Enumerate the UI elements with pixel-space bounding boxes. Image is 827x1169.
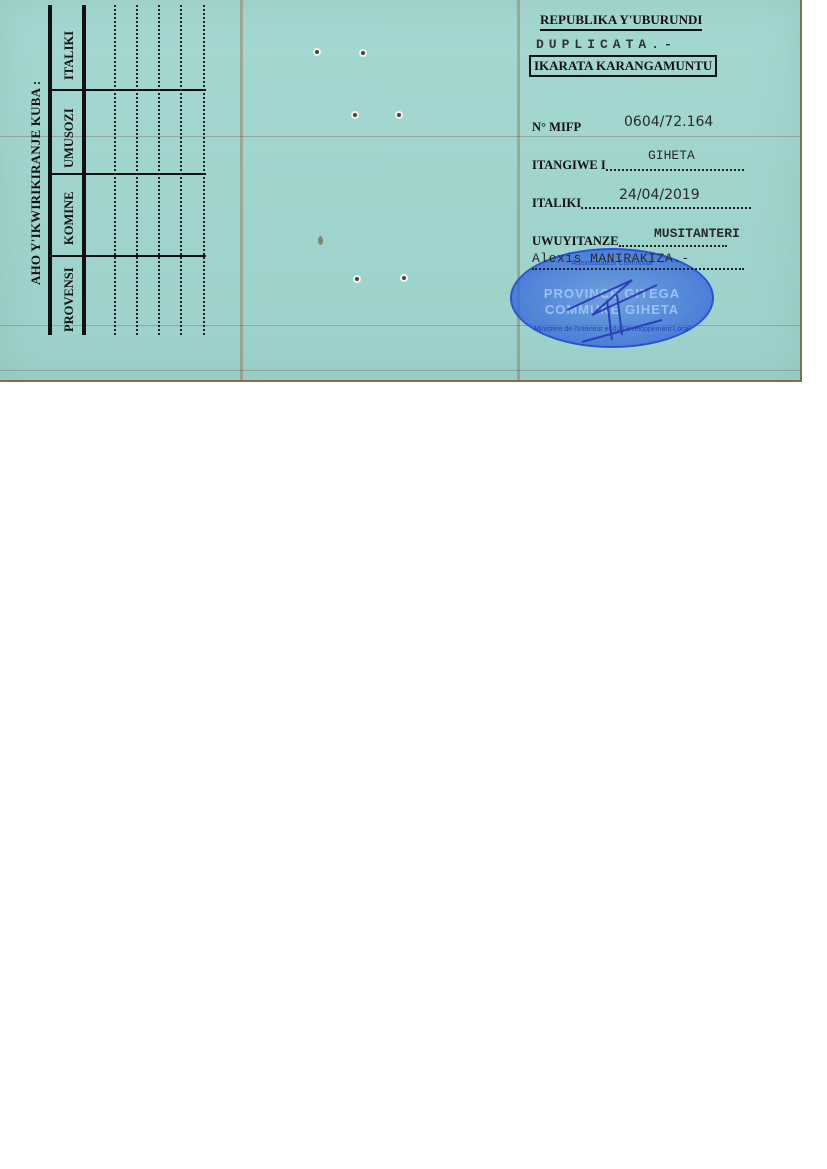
mifp-label: N° MIFP [532, 120, 581, 135]
blank-panel [245, 0, 520, 380]
identity-panel: REPUBLIKA Y'UBURUNDI DUPLICATA.- IKARATA… [522, 0, 800, 380]
column-provensi: PROVENSI [62, 267, 77, 332]
fold-line [240, 0, 243, 380]
issued-at-row: ITANGIWE I [532, 158, 744, 173]
registration-panel: AHO Y'IKWIRIKIRANJE KUBA : PROVENSI KOMI… [0, 0, 240, 380]
dotted-column [136, 5, 138, 335]
date-label: ITALIKI [532, 196, 581, 210]
table-border [48, 173, 206, 175]
table-border [82, 5, 86, 335]
table-border [48, 5, 52, 335]
dotted-line [619, 245, 727, 247]
dotted-line [581, 207, 751, 209]
dotted-column [114, 5, 116, 335]
issued-at-label: ITANGIWE I [532, 158, 606, 172]
signature-icon [562, 270, 682, 345]
table-border [48, 255, 206, 257]
staple-hole [402, 276, 406, 280]
issuer-label: UWUYITANZE [532, 234, 619, 248]
dotted-column [203, 5, 205, 335]
table-border [48, 89, 206, 91]
issuer-title: MUSITANTERI [654, 226, 740, 241]
date-value: 24/04/2019 [619, 187, 700, 203]
stain [318, 236, 323, 245]
duplicata-mark: DUPLICATA.- [536, 37, 677, 52]
column-umusozi: UMUSOZI [62, 108, 77, 168]
issuer-name: Alexis MANIRAKIZA.- [532, 251, 690, 266]
card-type-title: IKARATA KARANGAMUNTU [529, 55, 717, 77]
column-komine: KOMINE [62, 192, 77, 245]
identity-card-scan: AHO Y'IKWIRIKIRANJE KUBA : PROVENSI KOMI… [0, 0, 802, 382]
issued-at-value: GIHETA [648, 148, 695, 163]
dotted-line [606, 169, 744, 171]
staple-hole [397, 113, 401, 117]
republic-heading: REPUBLIKA Y'UBURUNDI [540, 12, 702, 31]
registration-title: AHO Y'IKWIRIKIRANJE KUBA : [28, 81, 44, 285]
staple-hole [355, 277, 359, 281]
staple-hole [361, 51, 365, 55]
dotted-column [158, 5, 160, 335]
dotted-line [532, 268, 744, 270]
staple-hole [315, 50, 319, 54]
registration-table: PROVENSI KOMINE UMUSOZI ITALIKI [48, 5, 208, 335]
dotted-column [180, 5, 182, 335]
column-italiki: ITALIKI [62, 31, 77, 80]
mifp-value: 0604/72.164 [624, 114, 713, 130]
staple-hole [353, 113, 357, 117]
